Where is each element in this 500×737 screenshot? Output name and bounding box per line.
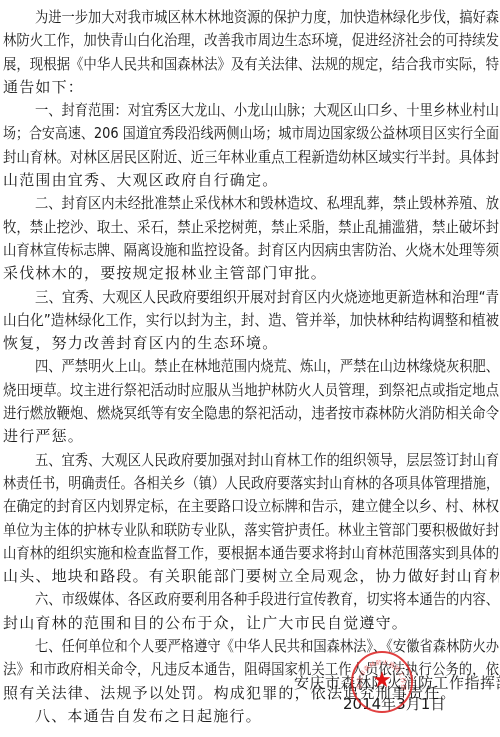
paragraph-line: 封山育林。对林区居民区附近、近三年林业重点工程新造幼林区域实行半封。具体封: [3, 146, 499, 169]
paragraph-line: 单位为主体的护林专业队和联防专业队，落实管护责任。林业主管部门要积极做好封: [3, 519, 499, 542]
paragraph: 二、封育区内未经批准禁止采伐林木和毁林造坟、私埋乱葬，禁止毁林养殖、放牧，禁止挖…: [3, 192, 499, 285]
paragraph-line: 四、严禁明火上山。禁止在林地范围内烧荒、炼山，严禁在山边林缘烧灰积肥、: [3, 355, 499, 378]
paragraph-line: 场；合安高速、206 国道宜秀段沿线两侧山场；城市周边国家级公益林项目区实行全面: [3, 122, 499, 145]
paragraph-line: 烧田埂草。坟主进行祭祀活动时应服从当地护林防火人员管理，到祭祀点或指定地点: [3, 379, 499, 402]
paragraph-line: 六、市级媒体、各区政府要利用各种手段进行宣传教育，切实将本通告的内容、: [3, 588, 499, 611]
paragraph-line: 牧，禁止挖沙、取土、采石，禁止采挖树蔸，禁止采脂，禁止乱捕滥猎，禁止破坏封: [3, 216, 499, 239]
issue-date: 2014年3月1日: [343, 693, 445, 714]
paragraph: 三、宜秀、大观区人民政府要组织开展对封育区内火烧迹地更新造林和治理“青山白化”造…: [3, 286, 499, 356]
paragraph-line: 山白化”造林绿化工作，实行以封为主，封、造、管并举，加快林种结构调整和植被: [3, 309, 499, 332]
paragraph-line: 封山育林的范围和目的公布于众，让广大市民自觉遵守。: [3, 612, 499, 635]
paragraph-line: 恢复，努力改善封育区内的生态环境。: [3, 332, 499, 355]
paragraph-line: 林责任书，明确责任。各相关乡（镇）人民政府要落实封山育林的各项具体管理措施，: [3, 472, 499, 495]
paragraph-line: 二、封育区内未经批准禁止采伐林木和毁林造坟、私埋乱葬，禁止毁林养殖、放: [3, 192, 499, 215]
paragraph-line: 通告如下：: [3, 76, 499, 99]
paragraph-line: 山范围由宜秀、大观区政府自行确定。: [3, 169, 499, 192]
paragraph: 六、市级媒体、各区政府要利用各种手段进行宣传教育，切实将本通告的内容、封山育林的…: [3, 588, 499, 635]
paragraph-line: 五、宜秀、大观区人民政府要加强对封山育林工作的组织领导，层层签订封山育: [3, 449, 499, 472]
paragraph-line: 山育林的组织实施和检查监督工作，要根据本通告要求将封山育林范围落实到具体的: [3, 542, 499, 565]
paragraph-line: 采伐林木的，要按规定报林业主管部门审批。: [3, 262, 499, 285]
paragraph-line: 山头、地块和路段。有关职能部门要树立全局观念，协力做好封山育林工作。: [3, 565, 499, 588]
paragraph: 一、封育范围：对宜秀区大龙山、小龙山山脉；大观区山口乡、十里乡林业村山场；合安高…: [3, 99, 499, 192]
paragraph-line: 一、封育范围：对宜秀区大龙山、小龙山山脉；大观区山口乡、十里乡林业村山: [3, 99, 499, 122]
notice-body: 为进一步加大对我市城区林木林地资源的保护力度，加快造林绿化步伐，搞好森林防火工作…: [3, 6, 499, 728]
paragraph-line: 展，现根据《中华人民共和国森林法》及有关法律、法规的规定，结合我市实际，特: [3, 53, 499, 76]
paragraph-line: 山育林宣传标志牌、隔离设施和监控设备。封育区内因病虫害防治、火烧木处理等须: [3, 239, 499, 262]
paragraph-line: 三、宜秀、大观区人民政府要组织开展对封育区内火烧迹地更新造林和治理“青: [3, 286, 499, 309]
issuer-signature: 安庆市森林防火消防工作指挥部: [294, 672, 500, 693]
paragraph-line: 进行严惩。: [3, 425, 499, 448]
paragraph-line: 进行燃放鞭炮、燃烧冥纸等有安全隐患的祭祀活动，违者按市森林防火消防相关命令: [3, 402, 499, 425]
paragraph-line: 七、任何单位和个人要严格遵守《中华人民共和国森林法》、《安徽省森林防火办: [3, 635, 499, 658]
paragraph-line: 在确定的封育区内划界定标，在主要路口设立标牌和告示，建立健全以乡、村、林权: [3, 495, 499, 518]
paragraph: 四、严禁明火上山。禁止在林地范围内烧荒、炼山，严禁在山边林缘烧灰积肥、烧田埂草。…: [3, 355, 499, 448]
paragraph: 五、宜秀、大观区人民政府要加强对封山育林工作的组织领导，层层签订封山育林责任书，…: [3, 449, 499, 589]
paragraph: 为进一步加大对我市城区林木林地资源的保护力度，加快造林绿化步伐，搞好森林防火工作…: [3, 6, 499, 99]
paragraph-line: 林防火工作，加快青山白化治理，改善我市周边生态环境，促进经济社会的可持续发: [3, 29, 499, 52]
paragraph-line: 为进一步加大对我市城区林木林地资源的保护力度，加快造林绿化步伐，搞好森: [3, 6, 499, 29]
